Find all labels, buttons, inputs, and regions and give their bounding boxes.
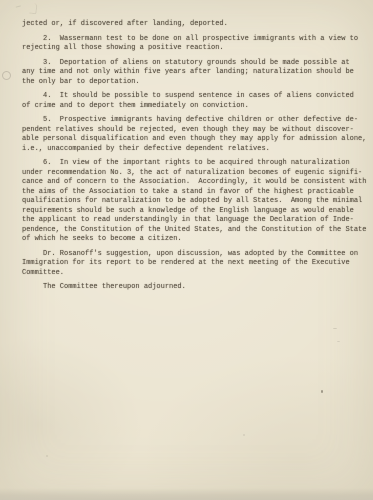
typewritten-text-block: jected or, if discovered after landing, … — [22, 20, 367, 298]
paragraph-item-2: 2. Wassermann test to be done on all pro… — [22, 35, 367, 54]
paragraph-item-6: 6. In view of the important rights to be… — [22, 159, 367, 245]
paper-speck — [243, 434, 245, 436]
pencil-mark — [16, 5, 22, 9]
ring-mark — [2, 71, 11, 80]
paragraph-item-4: 4. It should be possible to suspend sent… — [22, 92, 367, 111]
paragraph-continuation-line: jected or, if discovered after landing, … — [22, 20, 367, 30]
paragraph-item-3: 3. Deportation of aliens on statutory gr… — [22, 59, 367, 88]
paragraph-adoption: Dr. Rosanoff's suggestion, upon discussi… — [22, 250, 367, 279]
paragraph-item-5: 5. Prospective immigrants having defecti… — [22, 116, 367, 154]
paper-speck — [333, 328, 337, 329]
document-page: jected or, if discovered after landing, … — [0, 0, 373, 500]
paper-speck — [321, 390, 323, 393]
paragraph-adjournment: The Committee thereupon adjourned. — [22, 283, 367, 293]
paper-bottom-edge — [0, 488, 373, 500]
paper-speck — [337, 341, 340, 342]
paper-speck — [46, 455, 48, 457]
pencil-mark — [29, 3, 37, 15]
